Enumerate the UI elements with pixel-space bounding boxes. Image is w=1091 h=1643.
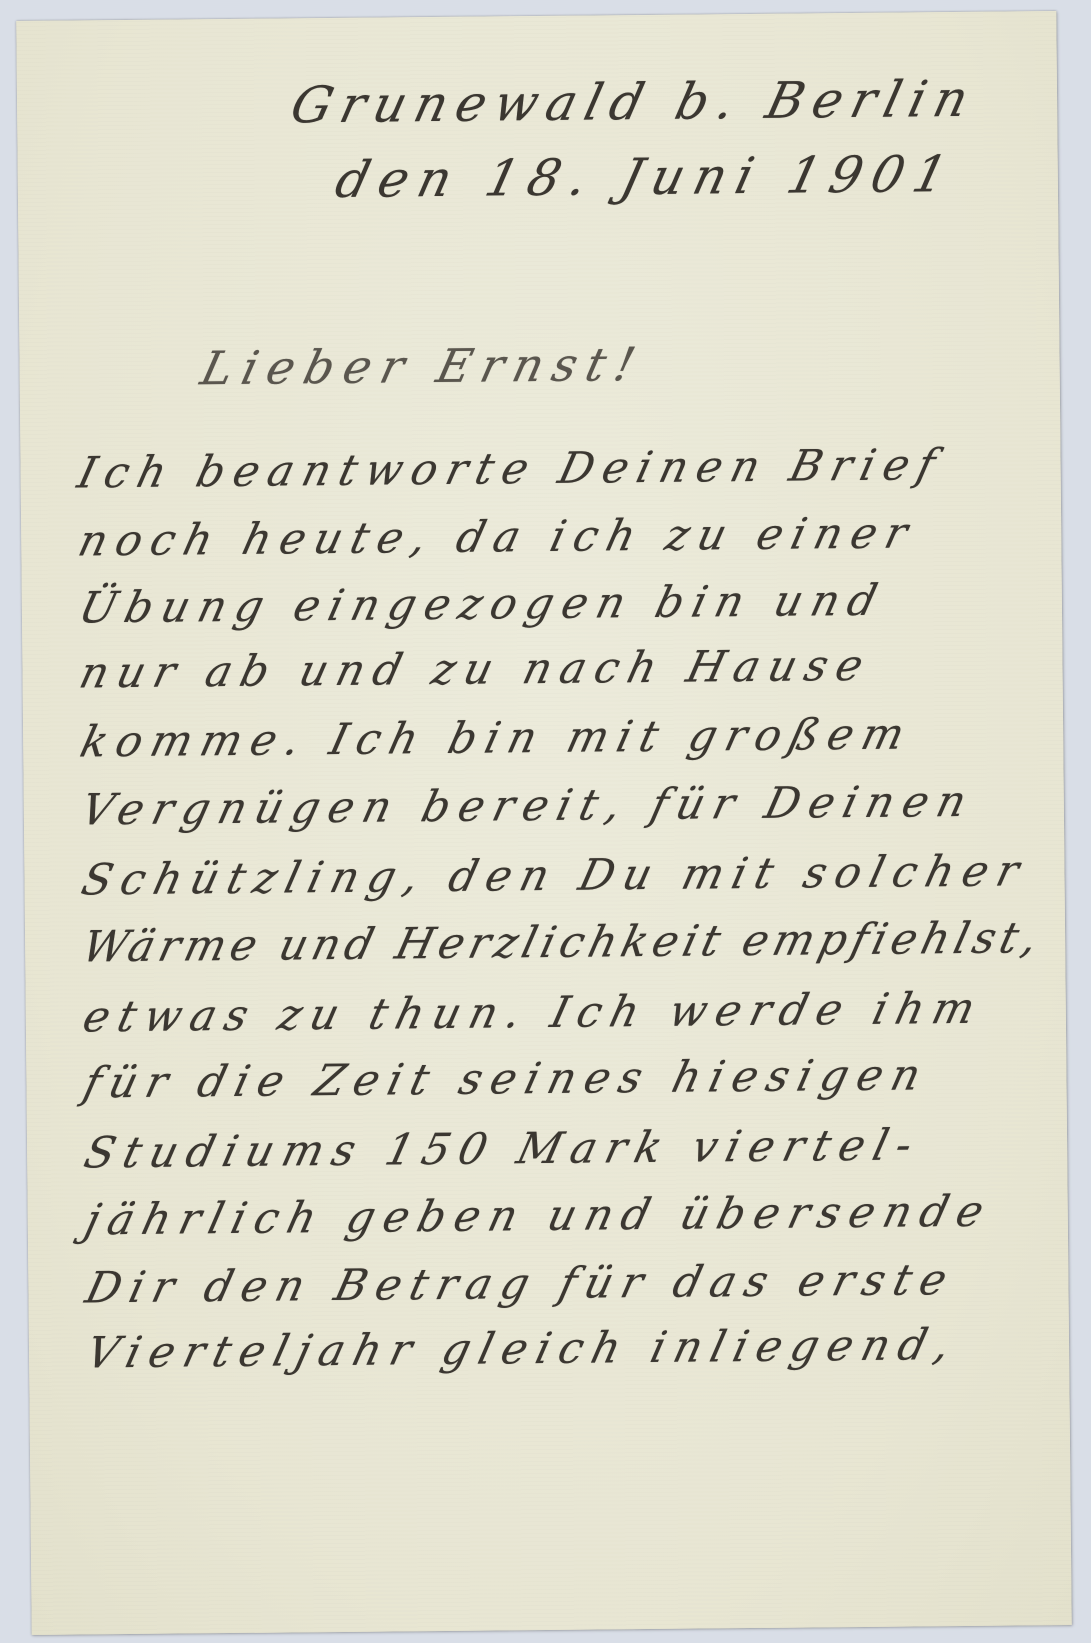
letter-salutation: Lieber Ernst! xyxy=(196,337,650,395)
letter-body: Ich beantworte Deinen Brief noch heute, … xyxy=(16,11,1056,21)
letter-date: den 18. Juni 1901 xyxy=(330,145,963,209)
letter-line: jährlich geben und übersende xyxy=(80,1187,997,1246)
letter-line: Wärme und Herzlichkeit empfiehlst, xyxy=(77,913,1047,972)
letter-line: Ich beantworte Deinen Brief xyxy=(73,440,949,498)
letter-place: Grunewald b. Berlin xyxy=(285,70,982,135)
letter-line: Vierteljahr gleich inliegend, xyxy=(81,1320,964,1378)
letter-line: Dir den Betrag für das erste xyxy=(81,1255,961,1313)
letter-line: für die Zeit seines hiesigen xyxy=(79,1050,935,1108)
letter-line: noch heute, da ich zu einer xyxy=(74,508,922,566)
letter-line: Studiums 150 Mark viertel- xyxy=(79,1120,926,1178)
letter-line: etwas zu thun. Ich werde ihm xyxy=(78,984,989,1043)
letter-line: Vergnügen bereit, für Deinen xyxy=(76,777,980,836)
letter-line: komme. Ich bin mit großem xyxy=(75,709,918,767)
letter-line: nur ab und zu nach Hause xyxy=(75,641,877,699)
letter-line: Schützling, den Du mit solcher xyxy=(77,846,1033,905)
letter-line: Übung eingezogen bin und xyxy=(74,576,891,634)
letter-paper: Grunewald b. Berlin den 18. Juni 1901 Li… xyxy=(16,11,1071,1635)
